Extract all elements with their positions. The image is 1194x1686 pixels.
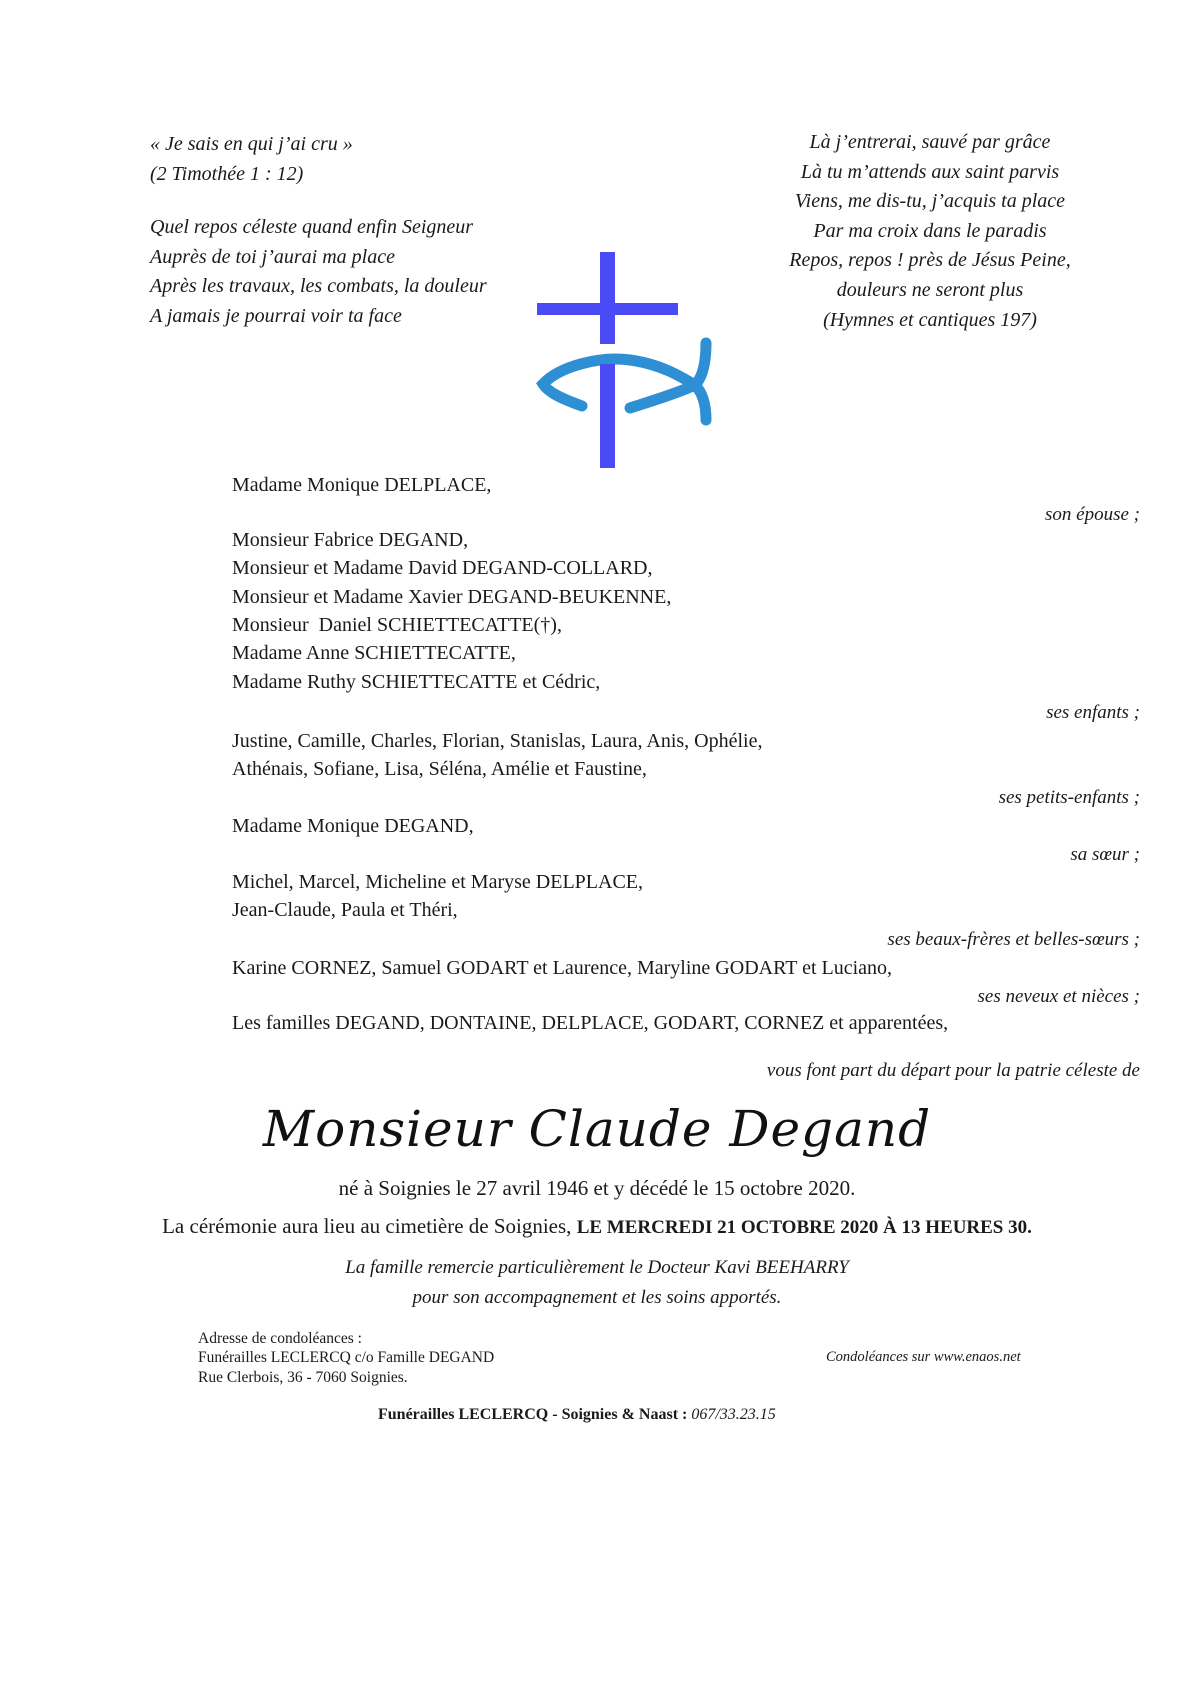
funeral-home-name: Funérailles LECLERCQ - Soignies & Naast … [378, 1406, 691, 1423]
condolence-address-line: Rue Clerbois, 36 - 7060 Soignies. [198, 1370, 408, 1386]
epigraph-reference: (2 Timothée 1 : 12) [150, 164, 303, 184]
family-child: Monsieur et Madame Xavier DEGAND-BEUKENN… [232, 587, 671, 607]
verse-right-line: (Hymnes et cantiques 197) [740, 306, 1120, 336]
verse-left-line: Quel repos céleste quand enfin Seigneur [150, 217, 473, 237]
relation-label-sister: sa sœur ; [1070, 845, 1140, 864]
thanks-line: pour son accompagnement et les soins app… [0, 1288, 1194, 1307]
relation-label-grandchildren: ses petits-enfants ; [999, 788, 1140, 807]
verse-left-line: Après les travaux, les combats, la doule… [150, 276, 487, 296]
verse-right: Là j’entrerai, sauvé par grâce Là tu m’a… [740, 128, 1120, 335]
family-related: Les familles DEGAND, DONTAINE, DELPLACE,… [232, 1013, 948, 1033]
relation-label-nephews: ses neveux et nièces ; [978, 987, 1140, 1006]
family-child: Monsieur Fabrice DEGAND, [232, 530, 468, 550]
verse-right-line: Repos, repos ! près de Jésus Peine, [740, 246, 1120, 276]
family-nephews: Karine CORNEZ, Samuel GODART et Laurence… [232, 958, 892, 978]
condolence-address-title: Adresse de condoléances : [198, 1331, 362, 1347]
family-spouse: Madame Monique DELPLACE, [232, 475, 491, 495]
epigraph-quote: « Je sais en qui j’ai cru » [150, 134, 353, 154]
verse-right-line: Là j’entrerai, sauvé par grâce [740, 128, 1120, 158]
thanks-line: La famille remercie particulièrement le … [0, 1258, 1194, 1277]
family-grandchildren: Justine, Camille, Charles, Florian, Stan… [232, 731, 762, 751]
ceremony-datetime: LE MERCREDI 21 OCTOBRE 2020 À 13 HEURES … [577, 1217, 1032, 1238]
relation-label-spouse: son épouse ; [1045, 505, 1140, 524]
funeral-home-phone: 067/33.23.15 [691, 1406, 775, 1423]
verse-left-line: A jamais je pourrai voir ta face [150, 306, 402, 326]
ceremony-text: La cérémonie aura lieu au cimetière de S… [162, 1214, 577, 1238]
verse-left-line: Auprès de toi j’aurai ma place [150, 247, 395, 267]
verse-right-line: Là tu m’attends aux saint parvis [740, 158, 1120, 188]
family-grandchildren: Athénais, Sofiane, Lisa, Séléna, Amélie … [232, 759, 647, 779]
deceased-dates: né à Soignies le 27 avril 1946 et y décé… [0, 1178, 1194, 1199]
announcement-text: vous font part du départ pour la patrie … [767, 1061, 1140, 1080]
family-child: Madame Anne SCHIETTECATTE, [232, 643, 516, 663]
relation-label-children: ses enfants ; [1046, 703, 1140, 722]
ceremony-line: La cérémonie aura lieu au cimetière de S… [0, 1216, 1194, 1237]
verse-right-line: Viens, me dis-tu, j’acquis ta place [740, 187, 1120, 217]
relation-label-in-laws: ses beaux-frères et belles-sœurs ; [887, 930, 1140, 949]
condolence-address-line: Funérailles LECLERCQ c/o Famille DEGAND [198, 1350, 494, 1366]
verse-right-line: Par ma croix dans le paradis [740, 217, 1120, 247]
verse-right-line: douleurs ne seront plus [740, 276, 1120, 306]
deceased-name: Monsieur Claude Degand [0, 1104, 1194, 1154]
family-child: Monsieur Daniel SCHIETTECATTE(†), [232, 615, 562, 635]
family-in-law: Jean-Claude, Paula et Théri, [232, 900, 458, 920]
family-child: Madame Ruthy SCHIETTECATTE et Cédric, [232, 672, 600, 692]
cross-and-ichthys-icon [530, 248, 720, 473]
funeral-home-footer: Funérailles LECLERCQ - Soignies & Naast … [378, 1407, 776, 1423]
family-sister: Madame Monique DEGAND, [232, 816, 474, 836]
family-in-law: Michel, Marcel, Micheline et Maryse DELP… [232, 872, 643, 892]
condolences-online-link[interactable]: Condoléances sur www.enaos.net [826, 1350, 1021, 1365]
family-child: Monsieur et Madame David DEGAND-COLLARD, [232, 558, 652, 578]
